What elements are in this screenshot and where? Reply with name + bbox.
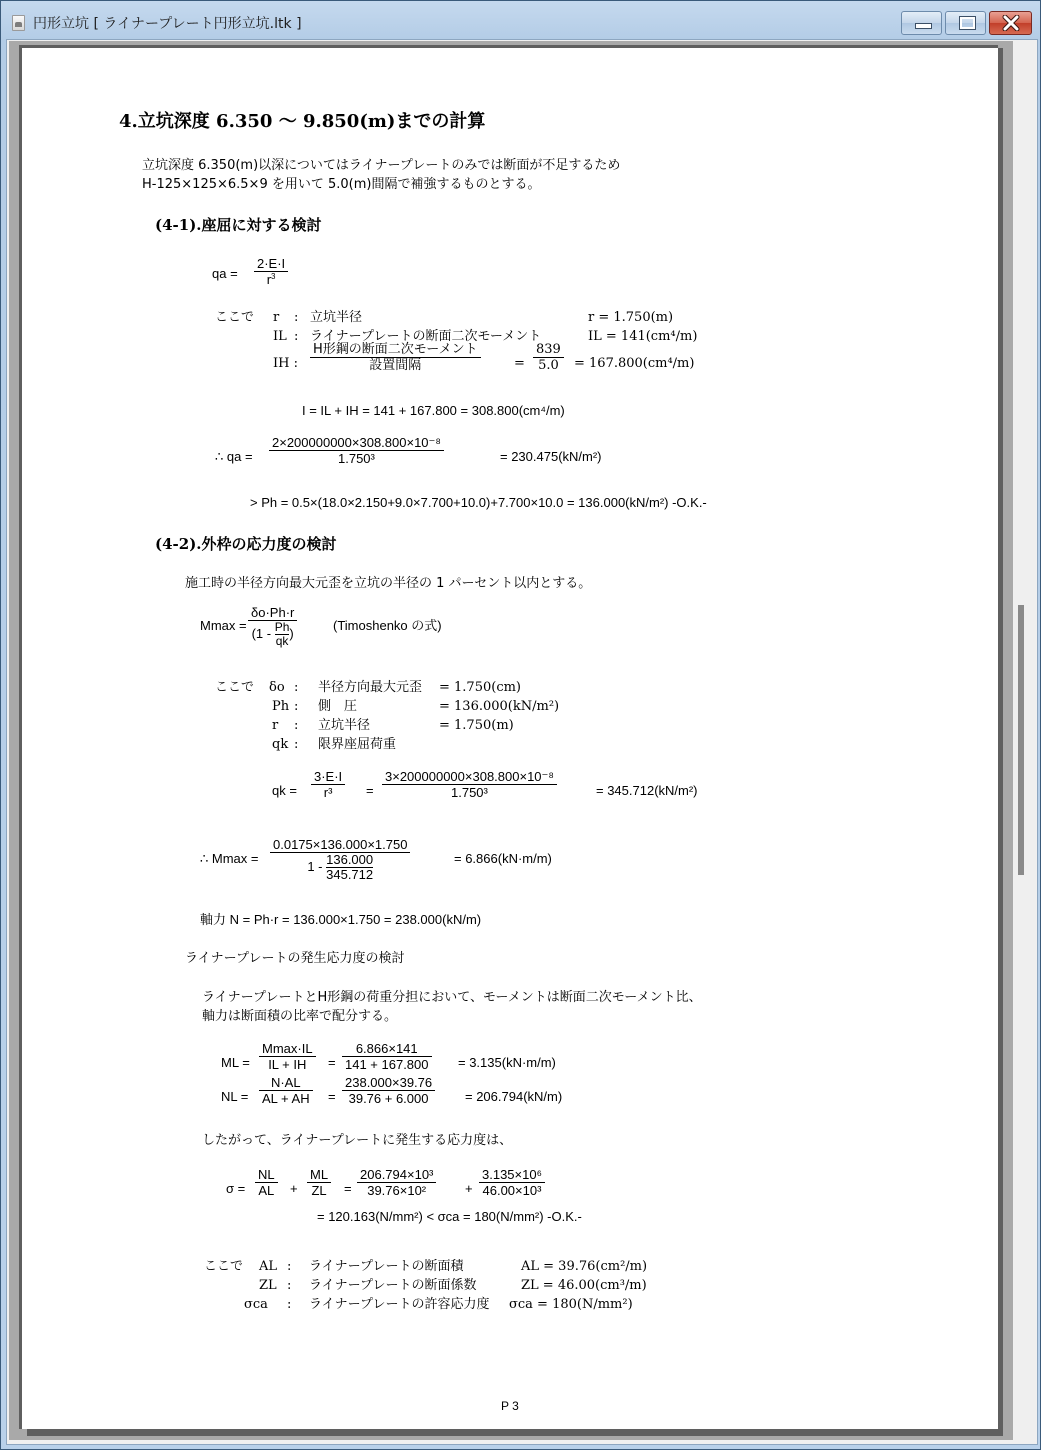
vertical-scrollbar[interactable] [1014, 41, 1036, 1440]
scrollbar-thumb[interactable] [1018, 605, 1024, 875]
qk-calc-numerator: 3×200000000×308.800×10⁻⁸ [382, 769, 557, 785]
def-qk-desc: 限界座屈荷重 [318, 737, 396, 753]
ih-numerator: H形鋼の断面二次モーメント [310, 342, 481, 358]
equals: = [328, 1055, 336, 1071]
distribution-line-2: 軸力は断面積の比率で配分する。 [202, 1009, 397, 1025]
def-zl-symbol: ZL [259, 1278, 277, 1294]
fraction-denominator: 46.00×10³ [479, 1183, 545, 1198]
def-r-value: r = 1.750(m) [588, 310, 673, 326]
ml-calc-denominator: 141 + 167.800 [342, 1057, 432, 1072]
qa-lhs: qa = [212, 266, 238, 282]
def-il-value: IL = 141(cm⁴/m) [588, 329, 697, 345]
close-icon [1002, 15, 1020, 31]
mmax-fraction: δo·Ph·r (1 - Ph qk ) [248, 605, 297, 648]
def-colon: : [287, 1278, 291, 1294]
def-colon: : [294, 737, 298, 753]
def-colon: : [294, 718, 298, 734]
ih-value-denominator: 5.0 [533, 358, 564, 373]
where-label: ここで [215, 680, 254, 696]
page-number: P 3 [501, 1398, 519, 1414]
def-r-value: = 1.750(m) [439, 718, 514, 734]
ih-value-fraction: 839 5.0 [533, 342, 564, 373]
fraction-denominator: AL [255, 1183, 278, 1198]
qa-calc-denominator: 1.750³ [269, 451, 444, 466]
fraction-numerator: ML [307, 1167, 331, 1183]
def-delta-value: = 1.750(cm) [439, 680, 521, 696]
ml-calc-fraction: 6.866×141 141 + 167.800 [342, 1041, 432, 1072]
nl-result: = 206.794(kN/m) [465, 1089, 562, 1105]
mmax-numerator: δo·Ph·r [248, 605, 297, 621]
therefore-text: したがって、ライナープレートに発生する応力度は、 [202, 1133, 512, 1149]
def-colon: : [294, 680, 298, 696]
ih-result: = 167.800(cm⁴/m) [574, 356, 694, 372]
def-al-value: AL = 39.76(cm²/m) [521, 1259, 647, 1275]
qk-lhs: qk = [272, 783, 297, 799]
def-ih-symbol: IH : [273, 356, 298, 372]
def-delta-symbol: δo [269, 680, 285, 696]
def-il-symbol: IL [273, 329, 287, 345]
def-sigma-ca-value: σca = 180(N/mm²) [509, 1297, 633, 1313]
sigma-fraction-ml-zl: ML ZL [307, 1167, 331, 1198]
def-delta-desc: 半径方向最大元歪 [318, 680, 422, 696]
def-ph-desc: 側 圧 [318, 699, 357, 715]
qa-denominator: r3 [254, 272, 288, 287]
fraction-numerator: NL [255, 1167, 278, 1183]
def-zl-desc: ライナープレートの断面係数 [309, 1278, 476, 1294]
def-al-symbol: AL [259, 1259, 277, 1275]
ml-denominator: IL + IH [259, 1057, 316, 1072]
def-r-symbol: r [273, 310, 279, 326]
timoshenko-note: (Timoshenko の式) [333, 618, 442, 634]
window-title: 円形立坑 [ ライナープレート円形立坑.ltk ] [33, 13, 302, 33]
distribution-line-1: ライナープレートとH形鋼の荷重分担において、モーメントは断面二次モーメント比、 [202, 990, 702, 1006]
mmax-calc-fraction: 0.0175×136.000×1.750 1 - 136.000 345.712 [270, 837, 410, 882]
ml-lhs: ML = [221, 1055, 250, 1071]
title-bar[interactable]: 円形立坑 [ ライナープレート円形立坑.ltk ] [1, 1, 1041, 41]
qa-calc-lhs: ∴ qa = [215, 449, 253, 465]
minimize-button[interactable] [901, 11, 942, 35]
mmax-calc-result: = 6.866(kN·m/m) [454, 851, 552, 867]
subsection-4-1-title: (4-1).座屈に対する検討 [155, 217, 322, 233]
mmax-lhs: Mmax = [200, 618, 247, 634]
ml-fraction: Mmax·IL IL + IH [259, 1041, 316, 1072]
def-r-desc: 立坑半径 [318, 718, 370, 734]
sigma-fraction-3: 206.794×10³ 39.76×10² [357, 1167, 436, 1198]
ih-denominator: 設置間隔 [310, 358, 481, 373]
close-button[interactable] [989, 11, 1032, 35]
sigma-lhs: σ = [226, 1181, 245, 1197]
fraction-denominator: ZL [307, 1183, 331, 1198]
qk-denominator: r³ [311, 785, 345, 800]
axial-force: 軸力 N = Ph·r = 136.000×1.750 = 238.000(kN… [200, 912, 481, 928]
sigma-fraction-4: 3.135×10⁶ 46.00×10³ [479, 1167, 545, 1198]
ml-result: = 3.135(kN·m/m) [458, 1055, 556, 1071]
nl-denominator: AL + AH [259, 1091, 313, 1106]
nl-lhs: NL = [221, 1089, 248, 1105]
def-colon: : [294, 310, 298, 326]
def-zl-value: ZL = 46.00(cm³/m) [521, 1278, 647, 1294]
mmax-denominator: (1 - Ph qk ) [248, 621, 297, 648]
document-page: 4.立坑深度 6.350 〜 9.850(m)までの計算 立坑深度 6.350(… [19, 45, 998, 1429]
section-title: 4.立坑深度 6.350 〜 9.850(m)までの計算 [119, 114, 485, 130]
def-r-symbol: r [272, 718, 278, 734]
qa-formula-fraction: 2·E·I r3 [254, 256, 288, 287]
qk-fraction: 3·E·I r³ [311, 769, 345, 800]
ml-calc-numerator: 6.866×141 [342, 1041, 432, 1057]
intro-line-1: 立坑深度 6.350(m)以深についてはライナープレートのみでは断面が不足するた… [142, 158, 620, 174]
qk-calc-fraction: 3×200000000×308.800×10⁻⁸ 1.750³ [382, 769, 557, 800]
def-r-desc: 立坑半径 [310, 310, 362, 326]
document-icon [12, 15, 25, 31]
client-area: 4.立坑深度 6.350 〜 9.850(m)までの計算 立坑深度 6.350(… [6, 39, 1038, 1445]
def-al-desc: ライナープレートの断面積 [309, 1259, 463, 1275]
def-colon: : [287, 1297, 291, 1313]
ml-numerator: Mmax·IL [259, 1041, 316, 1057]
qa-calc-fraction: 2×200000000×308.800×10⁻⁸ 1.750³ [269, 435, 444, 466]
def-qk-symbol: qk [272, 737, 288, 753]
def-colon: : [294, 329, 298, 345]
mmax-calc-lhs: ∴ Mmax = [200, 851, 258, 867]
def-ph-symbol: Ph [272, 699, 289, 715]
def-colon: : [294, 699, 298, 715]
nl-calc-denominator: 39.76 + 6.000 [342, 1091, 435, 1106]
subsection-4-2-title: (4-2).外枠の応力度の検討 [155, 536, 337, 552]
nl-numerator: N·AL [259, 1075, 313, 1091]
def-sigma-ca-symbol: σca [244, 1297, 268, 1313]
intro-line-2: H-125×125×6.5×9 を用いて 5.0(m)間隔で補強するものとする。 [142, 177, 540, 193]
mmax-calc-denominator: 1 - 136.000 345.712 [270, 853, 410, 882]
where-label: ここで [215, 310, 254, 326]
qk-result: = 345.712(kN/m²) [596, 783, 698, 799]
equals: = [514, 356, 525, 372]
where-label-2: ここで [204, 1259, 243, 1275]
equals: = [344, 1181, 352, 1197]
nl-calc-fraction: 238.000×39.76 39.76 + 6.000 [342, 1075, 435, 1106]
plus: + [465, 1181, 473, 1197]
equals: = [366, 783, 374, 799]
mmax-calc-numerator: 0.0175×136.000×1.750 [270, 837, 410, 853]
def-sigma-ca-desc: ライナープレートの許容応力度 [309, 1297, 489, 1313]
qa-numerator: 2·E·I [254, 256, 288, 272]
def-colon: : [287, 1259, 291, 1275]
qk-numerator: 3·E·I [311, 769, 345, 785]
i-total: I = IL + IH = 141 + 167.800 = 308.800(cm… [302, 403, 565, 419]
qk-calc-denominator: 1.750³ [382, 785, 557, 800]
maximize-button[interactable] [945, 11, 986, 35]
qa-calc-result: = 230.475(kN/m²) [500, 449, 602, 465]
fraction-numerator: 206.794×10³ [357, 1167, 436, 1183]
sigma-result: = 120.163(N/mm²) < σca = 180(N/mm²) -O.K… [317, 1209, 582, 1225]
fraction-numerator: 3.135×10⁶ [479, 1167, 545, 1183]
stress-heading: ライナープレートの発生応力度の検討 [185, 951, 404, 967]
ih-value-numerator: 839 [533, 342, 564, 358]
fraction-denominator: 39.76×10² [357, 1183, 436, 1198]
subsection-4-2-intro: 施工時の半径方向最大元歪を立坑の半径の 1 パーセント以内とする。 [185, 576, 591, 592]
ph-check: > Ph = 0.5×(18.0×2.150+9.0×7.700+10.0)+7… [250, 495, 707, 511]
def-ph-value: = 136.000(kN/m²) [439, 699, 559, 715]
app-window: 円形立坑 [ ライナープレート円形立坑.ltk ] 4.立坑深度 6.350 〜… [0, 0, 1041, 1450]
nl-calc-numerator: 238.000×39.76 [342, 1075, 435, 1091]
plus: + [290, 1181, 298, 1197]
nl-fraction: N·AL AL + AH [259, 1075, 313, 1106]
ih-fraction: H形鋼の断面二次モーメント 設置間隔 [310, 342, 481, 373]
equals: = [328, 1089, 336, 1105]
sigma-fraction-nl-al: NL AL [255, 1167, 278, 1198]
qa-calc-numerator: 2×200000000×308.800×10⁻⁸ [269, 435, 444, 451]
document-viewport[interactable]: 4.立坑深度 6.350 〜 9.850(m)までの計算 立坑深度 6.350(… [9, 41, 1013, 1440]
